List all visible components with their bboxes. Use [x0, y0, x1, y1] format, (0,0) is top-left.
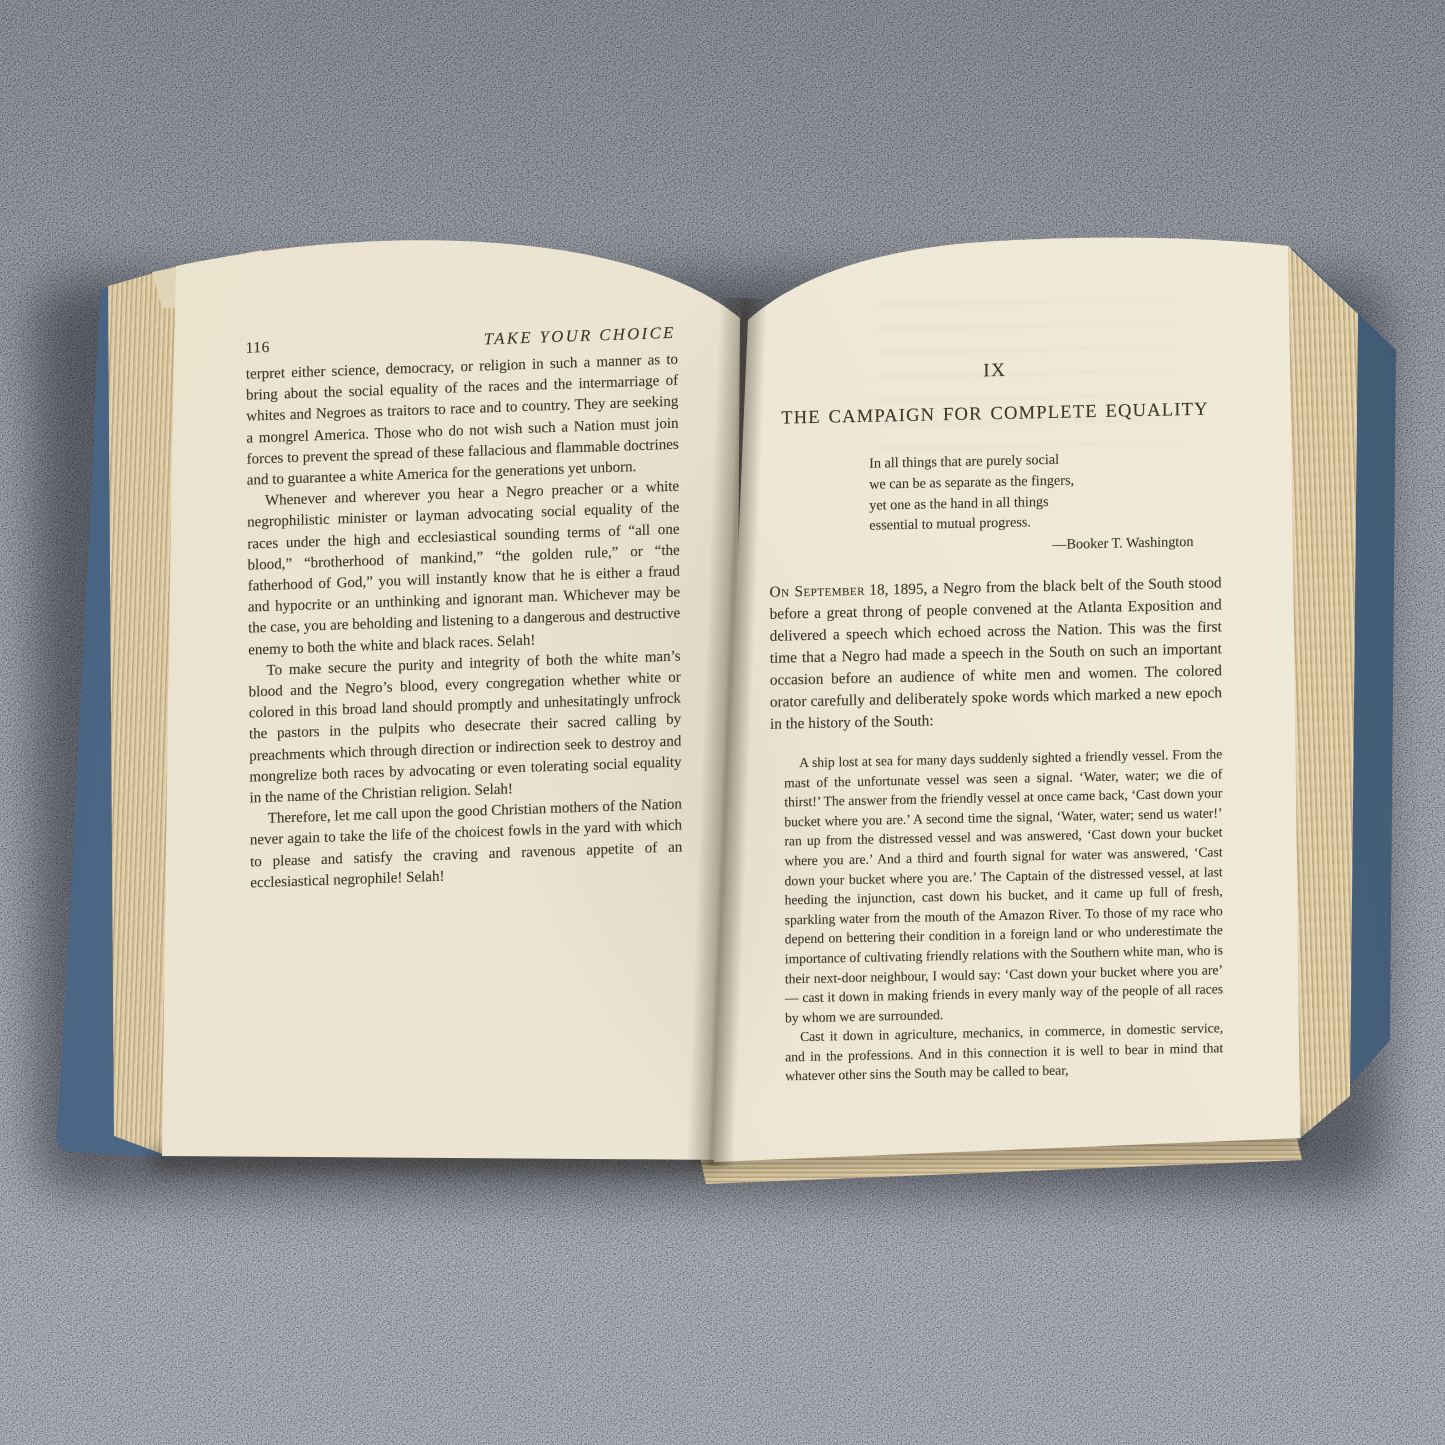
- lead-small-caps: On September: [769, 582, 864, 601]
- left-paragraph-4: Therefore, let me call upon the good Chr…: [250, 795, 683, 895]
- speech-quotation: A ship lost at sea for many days suddenl…: [784, 744, 1223, 1086]
- right-page-text-block: IX THE CAMPAIGN FOR COMPLETE EQUALITY In…: [769, 355, 1224, 1086]
- left-paragraph-2: Whenever and wherever you hear a Negro p…: [247, 477, 681, 662]
- photo-scene: 116 TAKE YOUR CHOICE terpret either scie…: [0, 0, 1445, 1445]
- quote-paragraph-2: Cast it down in agriculture, mechanics, …: [785, 1018, 1223, 1086]
- left-paragraph-3: To make secure the purity and integrity …: [248, 646, 681, 809]
- page-number: 116: [246, 339, 270, 358]
- epigraph: In all things that are purely social we …: [869, 448, 1121, 559]
- chapter-title: THE CAMPAIGN FOR COMPLETE EQUALITY: [769, 399, 1221, 429]
- left-paragraph-1: terpret either science, democracy, or re…: [246, 350, 679, 492]
- left-page-text-block: 116 TAKE YOUR CHOICE terpret either scie…: [246, 323, 683, 895]
- epigraph-attribution: —Booker T. Washington: [869, 532, 1193, 560]
- right-lead-paragraph: On September 18, 1895, a Negro from the …: [769, 572, 1222, 735]
- quote-paragraph-1: A ship lost at sea for many days suddenl…: [784, 744, 1223, 1027]
- epigraph-line-4: essential to mutual progress.: [869, 511, 1121, 537]
